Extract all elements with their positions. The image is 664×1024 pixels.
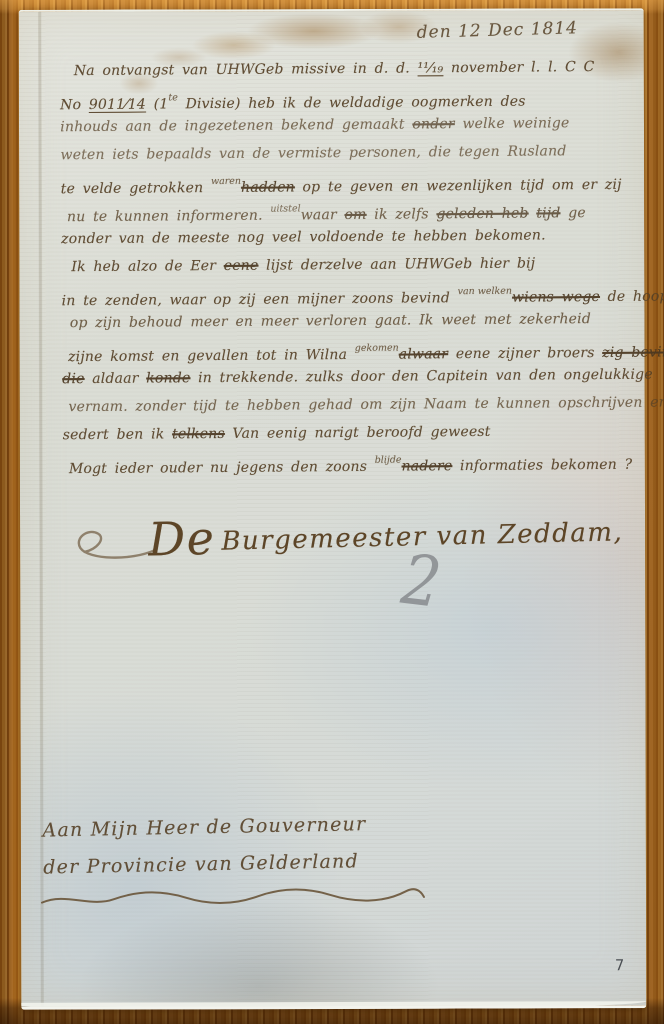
page-number: 7 (615, 956, 624, 974)
text-line: sedert ben ik telkens Van eenig narigt b… (63, 417, 640, 450)
text-segment: zonder van de meeste nog veel voldoende … (61, 227, 546, 247)
text-segment: nu te kunnen informeren. (67, 208, 271, 226)
text-line: Mogt ieder ouder nu jegens den zoons bli… (69, 445, 640, 477)
text-segment: informaties bekomen ? (452, 457, 632, 474)
text-segment: vernam. zonder tijd te hebben gehad om z… (68, 394, 664, 415)
text-segment: telkens (172, 426, 225, 442)
text-segment: ¹¹⁄₁₉ (417, 60, 443, 76)
text-segment: No (60, 97, 89, 113)
text-segment: november l. l. C C (443, 59, 594, 76)
text-line: inhouds aan de ingezetenen bekend gemaak… (60, 109, 637, 142)
signature-line: DeBurgemeester van Zeddam, (147, 497, 623, 562)
signature-initial: De (148, 511, 216, 567)
text-line: op zijn behoud meer en meer verloren gaa… (70, 305, 639, 337)
text-line: in te zenden, waar op zij een mijner zoo… (61, 277, 638, 310)
text-segment: uitstel (270, 203, 300, 214)
text-segment: geleden heb (436, 206, 528, 223)
text-segment: weten iets bepaalds van de vermiste pers… (60, 143, 566, 163)
text-segment: lijst derzelve aan UHWGeb hier bij (258, 255, 535, 273)
text-segment: waar (301, 207, 345, 223)
text-segment: onder (412, 116, 455, 132)
text-line: Ik heb alzo de Eer eene lijst derzelve a… (71, 249, 638, 281)
text-segment: Ik heb alzo de Eer (71, 258, 224, 275)
text-line: die aldaar konde in trekkende. zulks doo… (62, 361, 639, 394)
text-segment: inhouds aan de ingezetenen bekend gemaak… (60, 116, 412, 135)
text-segment: Mogt ieder ouder nu jegens den zoons (69, 459, 375, 477)
text-segment: om (344, 207, 366, 223)
text-line: vernam. zonder tijd te hebben gehad om z… (68, 389, 639, 421)
text-segment: tijd (536, 205, 560, 221)
letter-body: Na ontvangst van UHWGeb missive in d. d.… (60, 53, 640, 478)
text-line: Na ontvangst van UHWGeb missive in d. d.… (74, 53, 637, 85)
text-line: No 9011⁄14 (1te Divisie) heb ik de welda… (60, 81, 637, 114)
letter-paper: den 12 Dec 1814 Na ontvangst van UHWGeb … (19, 8, 647, 1010)
text-line: zonder van de meeste nog veel voldoende … (61, 221, 638, 254)
torn-bottom-edge (21, 1001, 646, 1010)
text-segment: in trekkende. zulks door den Capitein va… (190, 367, 652, 387)
text-segment: konde (146, 370, 190, 386)
text-segment: te velde getrokken (61, 180, 211, 197)
text-line: zijne komst en gevallen tot in Wilna gek… (68, 333, 639, 365)
pencil-mark: 2 (398, 540, 446, 624)
text-segment: sedert ben ik (63, 426, 173, 443)
text-segment: ge (560, 205, 585, 221)
text-segment: gekomen (355, 343, 399, 354)
wooden-table-background: den 12 Dec 1814 Na ontvangst van UHWGeb … (0, 0, 664, 1024)
text-segment: de hoop (600, 288, 664, 305)
text-segment: die (62, 371, 84, 387)
text-segment: hadden (241, 179, 295, 195)
text-line: weten iets bepaalds van de vermiste pers… (60, 137, 637, 170)
text-segment: nadere (401, 458, 452, 474)
text-segment: wiens wege (512, 289, 600, 306)
text-segment: Van eenig narigt beroofd geweest (225, 424, 491, 442)
flourish-underline (38, 881, 430, 913)
text-line: te velde getrokken warenhadden op te gev… (61, 165, 638, 198)
text-segment: zig bevindt (602, 344, 664, 361)
text-segment: (1 (146, 96, 169, 112)
text-segment: alwaar (399, 346, 449, 362)
address-line-2: der Provincie van Gelderland (43, 843, 367, 886)
text-segment: te (168, 92, 178, 103)
dateline: den 12 Dec 1814 (416, 18, 578, 43)
text-segment: eene (224, 258, 259, 274)
text-segment: waren (211, 176, 241, 187)
text-segment: eene zijner broers (448, 345, 602, 362)
text-line: nu te kunnen informeren. uitstelwaar om … (67, 193, 638, 225)
text-segment: 9011⁄14 (89, 97, 146, 113)
text-segment: ik zelfs (367, 206, 437, 223)
text-segment: blijde (375, 455, 402, 466)
text-segment: op zijn behoud meer en meer verloren gaa… (70, 311, 591, 331)
address-block: Aan Mijn Heer de Gouverneur der Provinci… (42, 806, 367, 886)
text-segment: Na ontvangst van UHWGeb missive in d. d. (74, 60, 418, 79)
text-segment: van welken (458, 286, 513, 297)
text-segment: aldaar (85, 371, 147, 387)
text-segment: welke weinige (455, 115, 570, 132)
